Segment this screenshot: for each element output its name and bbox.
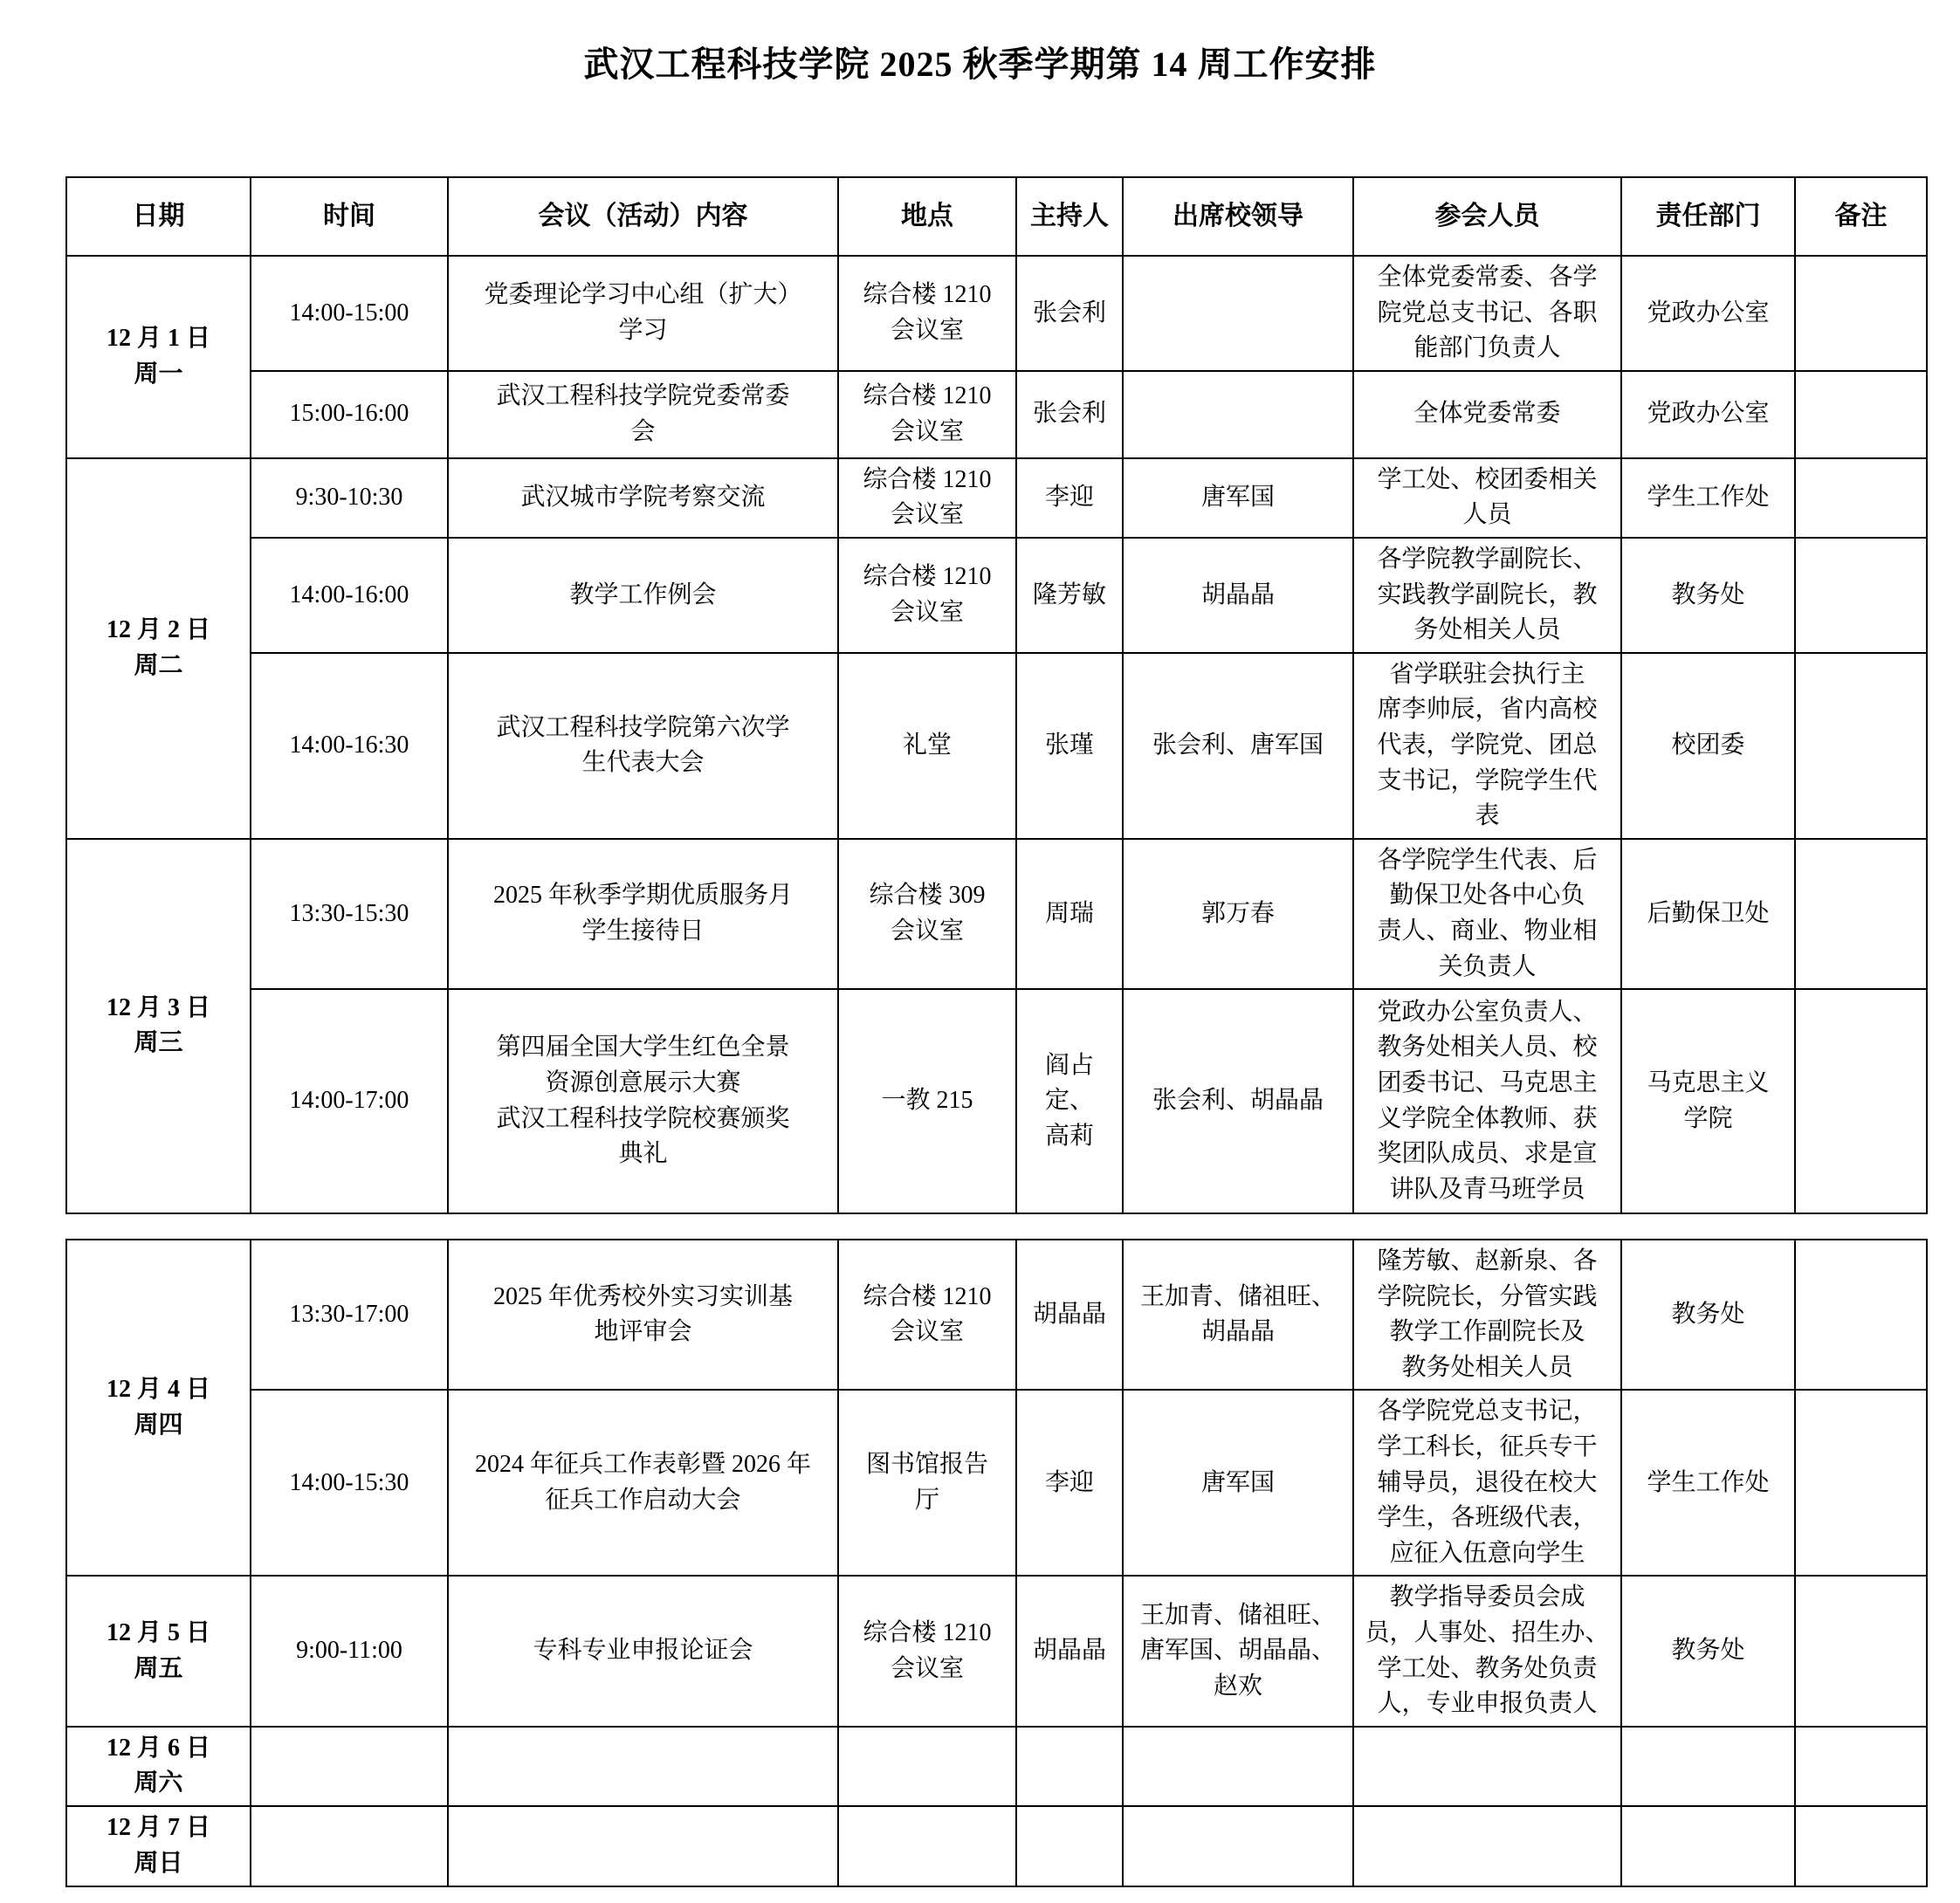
remarks-cell [1795,839,1927,989]
leaders-cell [1123,256,1353,371]
col-header-time: 时间 [251,177,448,256]
time-cell: 14:00-16:30 [251,653,448,839]
leaders-cell: 郭万春 [1123,839,1353,989]
time-cell: 13:30-15:30 [251,839,448,989]
leaders-cell: 王加青、储祖旺、 唐军国、胡晶晶、 赵欢 [1123,1576,1353,1726]
leaders-cell: 唐军国 [1123,458,1353,538]
location-cell [838,1806,1016,1886]
location-cell: 综合楼 1210 会议室 [838,538,1016,653]
host-cell [1016,1727,1123,1806]
participants-cell: 教学指导委员会成 员，人事处、招生办、 学工处、教务处负责 人，专业申报负责人 [1353,1576,1621,1726]
table-row: 14:00-17:00 第四届全国大学生红色全景 资源创意展示大赛 武汉工程科技… [66,989,1927,1213]
leaders-cell [1123,371,1353,458]
date-cell: 12 月 5 日 周五 [66,1576,251,1726]
table-row: 12 月 5 日 周五 9:00-11:00 专科专业申报论证会 综合楼 121… [66,1576,1927,1726]
host-cell: 李迎 [1016,458,1123,538]
location-cell: 一教 215 [838,989,1016,1213]
location-cell: 礼堂 [838,653,1016,839]
table-row: 12 月 7 日 周日 [66,1806,1927,1886]
department-cell: 教务处 [1621,538,1795,653]
department-cell: 后勤保卫处 [1621,839,1795,989]
date-cell: 12 月 7 日 周日 [66,1806,251,1886]
remarks-cell [1795,1576,1927,1726]
participants-cell: 隆芳敏、赵新泉、各 学院院长，分管实践 教学工作副院长及 教务处相关人员 [1353,1240,1621,1390]
department-cell: 党政办公室 [1621,256,1795,371]
time-cell: 14:00-15:30 [251,1390,448,1576]
location-cell: 综合楼 1210 会议室 [838,1240,1016,1390]
time-cell [251,1727,448,1806]
table-row: 14:00-16:30 武汉工程科技学院第六次学 生代表大会 礼堂 张瑾 张会利… [66,653,1927,839]
leaders-cell: 胡晶晶 [1123,538,1353,653]
participants-cell: 各学院学生代表、后 勤保卫处各中心负 责人、商业、物业相 关负责人 [1353,839,1621,989]
leaders-cell: 张会利、唐军国 [1123,653,1353,839]
participants-cell [1353,1806,1621,1886]
content-cell: 武汉工程科技学院第六次学 生代表大会 [448,653,838,839]
time-cell: 15:00-16:00 [251,371,448,458]
host-cell: 张瑾 [1016,653,1123,839]
location-cell: 综合楼 1210 会议室 [838,1576,1016,1726]
col-header-location: 地点 [838,177,1016,256]
participants-cell: 学工处、校团委相关 人员 [1353,458,1621,538]
table-row: 12 月 2 日 周二 9:30-10:30 武汉城市学院考察交流 综合楼 12… [66,458,1927,538]
col-header-content: 会议（活动）内容 [448,177,838,256]
host-cell [1016,1806,1123,1886]
date-cell: 12 月 1 日 周一 [66,256,251,458]
host-cell: 阎占定、 高莉 [1016,989,1123,1213]
location-cell: 综合楼 1210 会议室 [838,371,1016,458]
leaders-cell: 王加青、储祖旺、 胡晶晶 [1123,1240,1353,1390]
col-header-leaders: 出席校领导 [1123,177,1353,256]
document-page: 武汉工程科技学院 2025 秋季学期第 14 周工作安排 日期 时间 会议（活动… [0,0,1960,1887]
header-row: 日期 时间 会议（活动）内容 地点 主持人 出席校领导 参会人员 责任部门 备注 [66,177,1927,256]
content-cell: 2025 年秋季学期优质服务月 学生接待日 [448,839,838,989]
table-row: 14:00-15:30 2024 年征兵工作表彰暨 2026 年 征兵工作启动大… [66,1390,1927,1576]
table-row: 12 月 6 日 周六 [66,1727,1927,1806]
location-cell: 综合楼 1210 会议室 [838,458,1016,538]
department-cell: 校团委 [1621,653,1795,839]
participants-cell [1353,1727,1621,1806]
table-row: 12 月 1 日 周一 14:00-15:00 党委理论学习中心组（扩大） 学习… [66,256,1927,371]
department-cell [1621,1727,1795,1806]
location-cell: 综合楼 309 会议室 [838,839,1016,989]
department-cell: 教务处 [1621,1240,1795,1390]
content-cell [448,1727,838,1806]
time-cell: 14:00-17:00 [251,989,448,1213]
content-cell: 专科专业申报论证会 [448,1576,838,1726]
host-cell: 胡晶晶 [1016,1240,1123,1390]
participants-cell: 党政办公室负责人、 教务处相关人员、校 团委书记、马克思主 义学院全体教师、获 … [1353,989,1621,1213]
remarks-cell [1795,1240,1927,1390]
location-cell: 综合楼 1210 会议室 [838,256,1016,371]
remarks-cell [1795,256,1927,371]
schedule-table-week-part2: 12 月 4 日 周四 13:30-17:00 2025 年优秀校外实习实训基 … [65,1239,1928,1887]
leaders-cell [1123,1806,1353,1886]
col-header-department: 责任部门 [1621,177,1795,256]
remarks-cell [1795,653,1927,839]
remarks-cell [1795,1390,1927,1576]
remarks-cell [1795,1806,1927,1886]
department-cell: 党政办公室 [1621,371,1795,458]
participants-cell: 各学院党总支书记， 学工科长，征兵专干 辅导员，退役在校大 学生，各班级代表， … [1353,1390,1621,1576]
participants-cell: 省学联驻会执行主 席李帅辰，省内高校 代表，学院党、团总 支书记，学院学生代 表 [1353,653,1621,839]
leaders-cell: 张会利、胡晶晶 [1123,989,1353,1213]
col-header-participants: 参会人员 [1353,177,1621,256]
schedule-table-week-part1: 日期 时间 会议（活动）内容 地点 主持人 出席校领导 参会人员 责任部门 备注… [65,176,1928,1214]
leaders-cell [1123,1727,1353,1806]
col-header-remarks: 备注 [1795,177,1927,256]
host-cell: 张会利 [1016,371,1123,458]
date-cell: 12 月 6 日 周六 [66,1727,251,1806]
host-cell: 张会利 [1016,256,1123,371]
department-cell: 学生工作处 [1621,1390,1795,1576]
remarks-cell [1795,538,1927,653]
content-cell: 2025 年优秀校外实习实训基 地评审会 [448,1240,838,1390]
location-cell: 图书馆报告 厅 [838,1390,1016,1576]
date-cell: 12 月 4 日 周四 [66,1240,251,1576]
table-row: 12 月 3 日 周三 13:30-15:30 2025 年秋季学期优质服务月 … [66,839,1927,989]
department-cell: 马克思主义 学院 [1621,989,1795,1213]
content-cell [448,1806,838,1886]
content-cell: 武汉工程科技学院党委常委 会 [448,371,838,458]
host-cell: 隆芳敏 [1016,538,1123,653]
content-cell: 党委理论学习中心组（扩大） 学习 [448,256,838,371]
page-title: 武汉工程科技学院 2025 秋季学期第 14 周工作安排 [0,0,1960,86]
table-row: 14:00-16:00 教学工作例会 综合楼 1210 会议室 隆芳敏 胡晶晶 … [66,538,1927,653]
time-cell: 9:30-10:30 [251,458,448,538]
date-cell: 12 月 3 日 周三 [66,839,251,1213]
time-cell [251,1806,448,1886]
host-cell: 胡晶晶 [1016,1576,1123,1726]
time-cell: 13:30-17:00 [251,1240,448,1390]
col-header-host: 主持人 [1016,177,1123,256]
content-cell: 2024 年征兵工作表彰暨 2026 年 征兵工作启动大会 [448,1390,838,1576]
department-cell: 学生工作处 [1621,458,1795,538]
department-cell [1621,1806,1795,1886]
time-cell: 14:00-15:00 [251,256,448,371]
participants-cell: 全体党委常委 [1353,371,1621,458]
content-cell: 武汉城市学院考察交流 [448,458,838,538]
leaders-cell: 唐军国 [1123,1390,1353,1576]
participants-cell: 各学院教学副院长、 实践教学副院长，教 务处相关人员 [1353,538,1621,653]
host-cell: 李迎 [1016,1390,1123,1576]
content-cell: 教学工作例会 [448,538,838,653]
location-cell [838,1727,1016,1806]
time-cell: 14:00-16:00 [251,538,448,653]
content-cell: 第四届全国大学生红色全景 资源创意展示大赛 武汉工程科技学院校赛颁奖 典礼 [448,989,838,1213]
table-row: 12 月 4 日 周四 13:30-17:00 2025 年优秀校外实习实训基 … [66,1240,1927,1390]
col-header-date: 日期 [66,177,251,256]
remarks-cell [1795,1727,1927,1806]
remarks-cell [1795,989,1927,1213]
time-cell: 9:00-11:00 [251,1576,448,1726]
host-cell: 周瑞 [1016,839,1123,989]
participants-cell: 全体党委常委、各学 院党总支书记、各职 能部门负责人 [1353,256,1621,371]
remarks-cell [1795,458,1927,538]
department-cell: 教务处 [1621,1576,1795,1726]
date-cell: 12 月 2 日 周二 [66,458,251,839]
table-row: 15:00-16:00 武汉工程科技学院党委常委 会 综合楼 1210 会议室 … [66,371,1927,458]
remarks-cell [1795,371,1927,458]
